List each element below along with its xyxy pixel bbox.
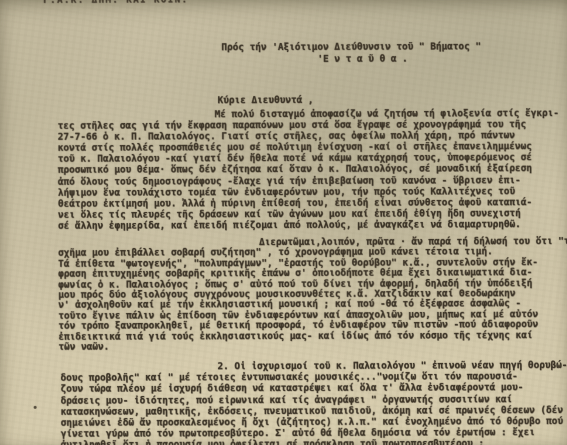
salutation: Κύριε Διευθυντά ,: [218, 95, 314, 106]
recipient-address: Πρός τήν 'Αξιότιμον Διεύθυνσιν τοῦ " Βήμ…: [221, 41, 481, 53]
body-line: ἐπιδεικτικά πιά γιά τούς ἐκκλησιαστικούς…: [58, 330, 567, 342]
document-scan: Γ.Α.Κ. ΔΗΜ. ΚΑΙ ΚΟΙΝ. Πρός τήν 'Αξιότιμο…: [0, 0, 567, 445]
typewritten-text-layer: Γ.Α.Κ. ΔΗΜ. ΚΑΙ ΚΟΙΝ. Πρός τήν 'Αξιότιμο…: [0, 0, 567, 445]
paragraph: 2. Οἱ ἰσχυρισμοί τοῦ κ. Παλαιολόγου " ἐπ…: [60, 360, 567, 445]
archive-note: Γ.Α.Κ. ΔΗΜ. ΚΑΙ ΚΟΙΝ.: [43, 0, 188, 6]
recipient-location: 'Ε ν τ α ῦ θ α .: [317, 54, 407, 65]
body-line: ἀντιληφθεῖ ὅτι ἡ παρουσία μου ὀφείλεται …: [61, 438, 567, 445]
body-line: σέ ἄλλην ἐφημερίδα, καί ἐπειδή πιέζομαι …: [58, 219, 559, 232]
paragraph: Διερωτῶμαι,λοιπόν, πρῶτα · ἄν παρά τή δή…: [58, 237, 567, 353]
body-line: τῶν ναῶν.: [58, 341, 567, 353]
ink-speck: [34, 406, 37, 409]
paragraph: Μέ πολύ δισταγμό ἀποφασίζω νά ζητήσω τή …: [58, 108, 560, 232]
